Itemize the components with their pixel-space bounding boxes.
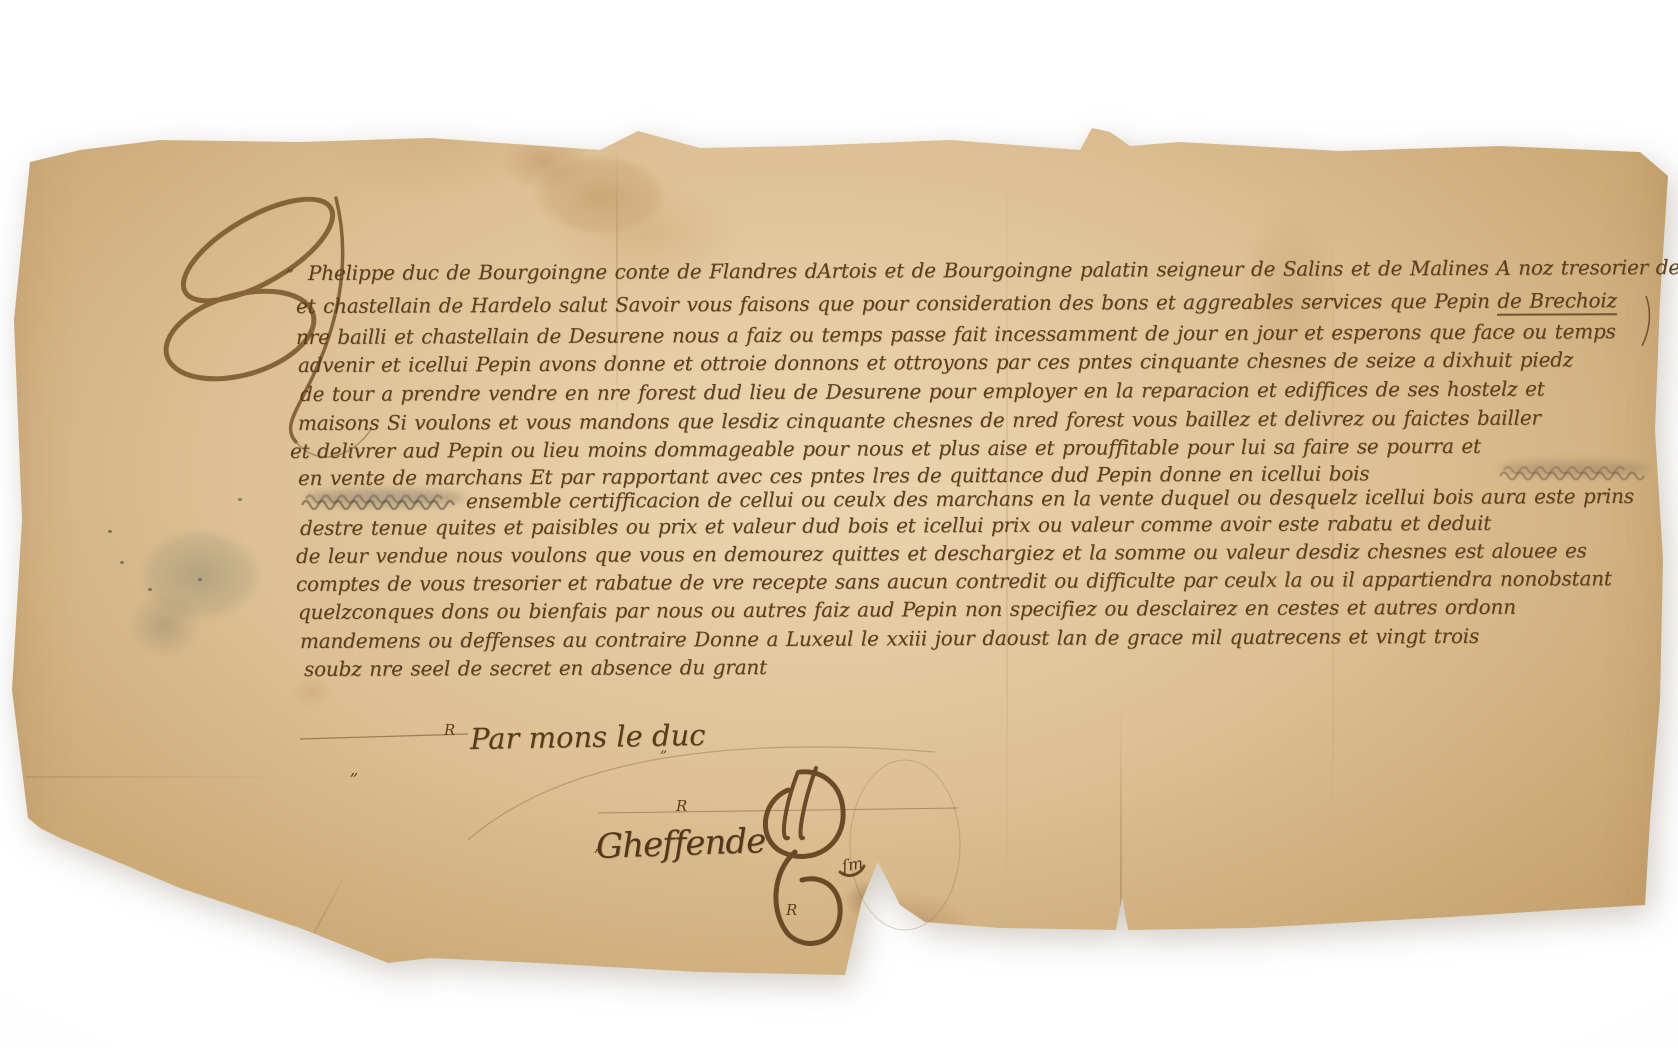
registration-r-mark: R xyxy=(786,902,797,918)
line-text: destre tenue quites et paisibles ou prix… xyxy=(300,511,1491,540)
manuscript-line: quelzconques dons ou bienfais par nous o… xyxy=(298,594,1516,625)
line-text: soubz nre seel de secret en absence du g… xyxy=(304,655,767,681)
crease-horizontal-left xyxy=(26,776,306,778)
marginal-mark: „ xyxy=(286,258,294,274)
manuscript-line: de tour a prendre vendre en nre forest d… xyxy=(300,376,1545,407)
marginal-mark: „ xyxy=(660,740,667,756)
manuscript-line: maisons Si voulons et vous mandons que l… xyxy=(298,405,1541,436)
graphite-smear-right xyxy=(1500,461,1650,476)
line-text: advenir et icellui Pepin avons donne et … xyxy=(298,347,1573,377)
line-text: Phelippe duc de Bourgoingne conte de Fla… xyxy=(308,255,1678,285)
ink-speck xyxy=(198,578,202,581)
manuscript-line: soubz nre seel de secret en absence du g… xyxy=(304,654,767,682)
manuscript-line: advenir et icellui Pepin avons donne et … xyxy=(298,346,1573,378)
underlined-phrase: de Brechoiz xyxy=(1497,288,1617,316)
line-text: ensemble certifficacion de cellui ou ceu… xyxy=(466,484,1634,513)
secretary-signature: Gheffende xyxy=(595,821,766,867)
line-text: mandemens ou deffenses au contraire Donn… xyxy=(300,624,1479,653)
line-text: de tour a prendre vendre en nre forest d… xyxy=(300,377,1545,406)
registration-r-mark: R xyxy=(676,798,687,814)
ink-speck xyxy=(108,530,112,533)
line-text: maisons Si voulons et vous mandons que l… xyxy=(298,406,1541,435)
manuscript-line: et delivrer aud Pepin ou lieu moins domm… xyxy=(290,433,1481,464)
line-text: quelzconques dons ou bienfais par nous o… xyxy=(298,595,1516,624)
line-text: et delivrer aud Pepin ou lieu moins domm… xyxy=(290,434,1481,463)
line-text: comptes de vous tresorier et rabatue de … xyxy=(296,566,1612,596)
ink-speck xyxy=(148,588,152,591)
manuscript-line: mandemens ou deffenses au contraire Donn… xyxy=(300,623,1479,654)
line-text: de leur vendue nous voulons que vous en … xyxy=(296,538,1587,568)
crease-slit-bottom xyxy=(1120,700,1122,926)
secretary-signature-suffix: ſm xyxy=(841,854,865,875)
registration-r-mark: R xyxy=(444,722,455,738)
graphite-smear-left xyxy=(305,489,465,506)
line-text: nre bailli et chastellain de Desurene no… xyxy=(296,319,1616,349)
photo-stage: Phelippe duc de Bourgoingne conte de Fla… xyxy=(0,0,1678,1048)
byline-par-mons-le-duc: Par mons le duc xyxy=(470,718,706,756)
ink-speck xyxy=(120,561,124,564)
ink-speck xyxy=(238,498,242,501)
line-text: et chastellain de Hardelo salut Savoir v… xyxy=(296,289,1497,318)
crease-diagonal-bottom-left xyxy=(292,867,350,974)
manuscript-line: destre tenue quites et paisibles ou prix… xyxy=(300,510,1491,541)
marginal-mark: „ xyxy=(350,762,358,778)
